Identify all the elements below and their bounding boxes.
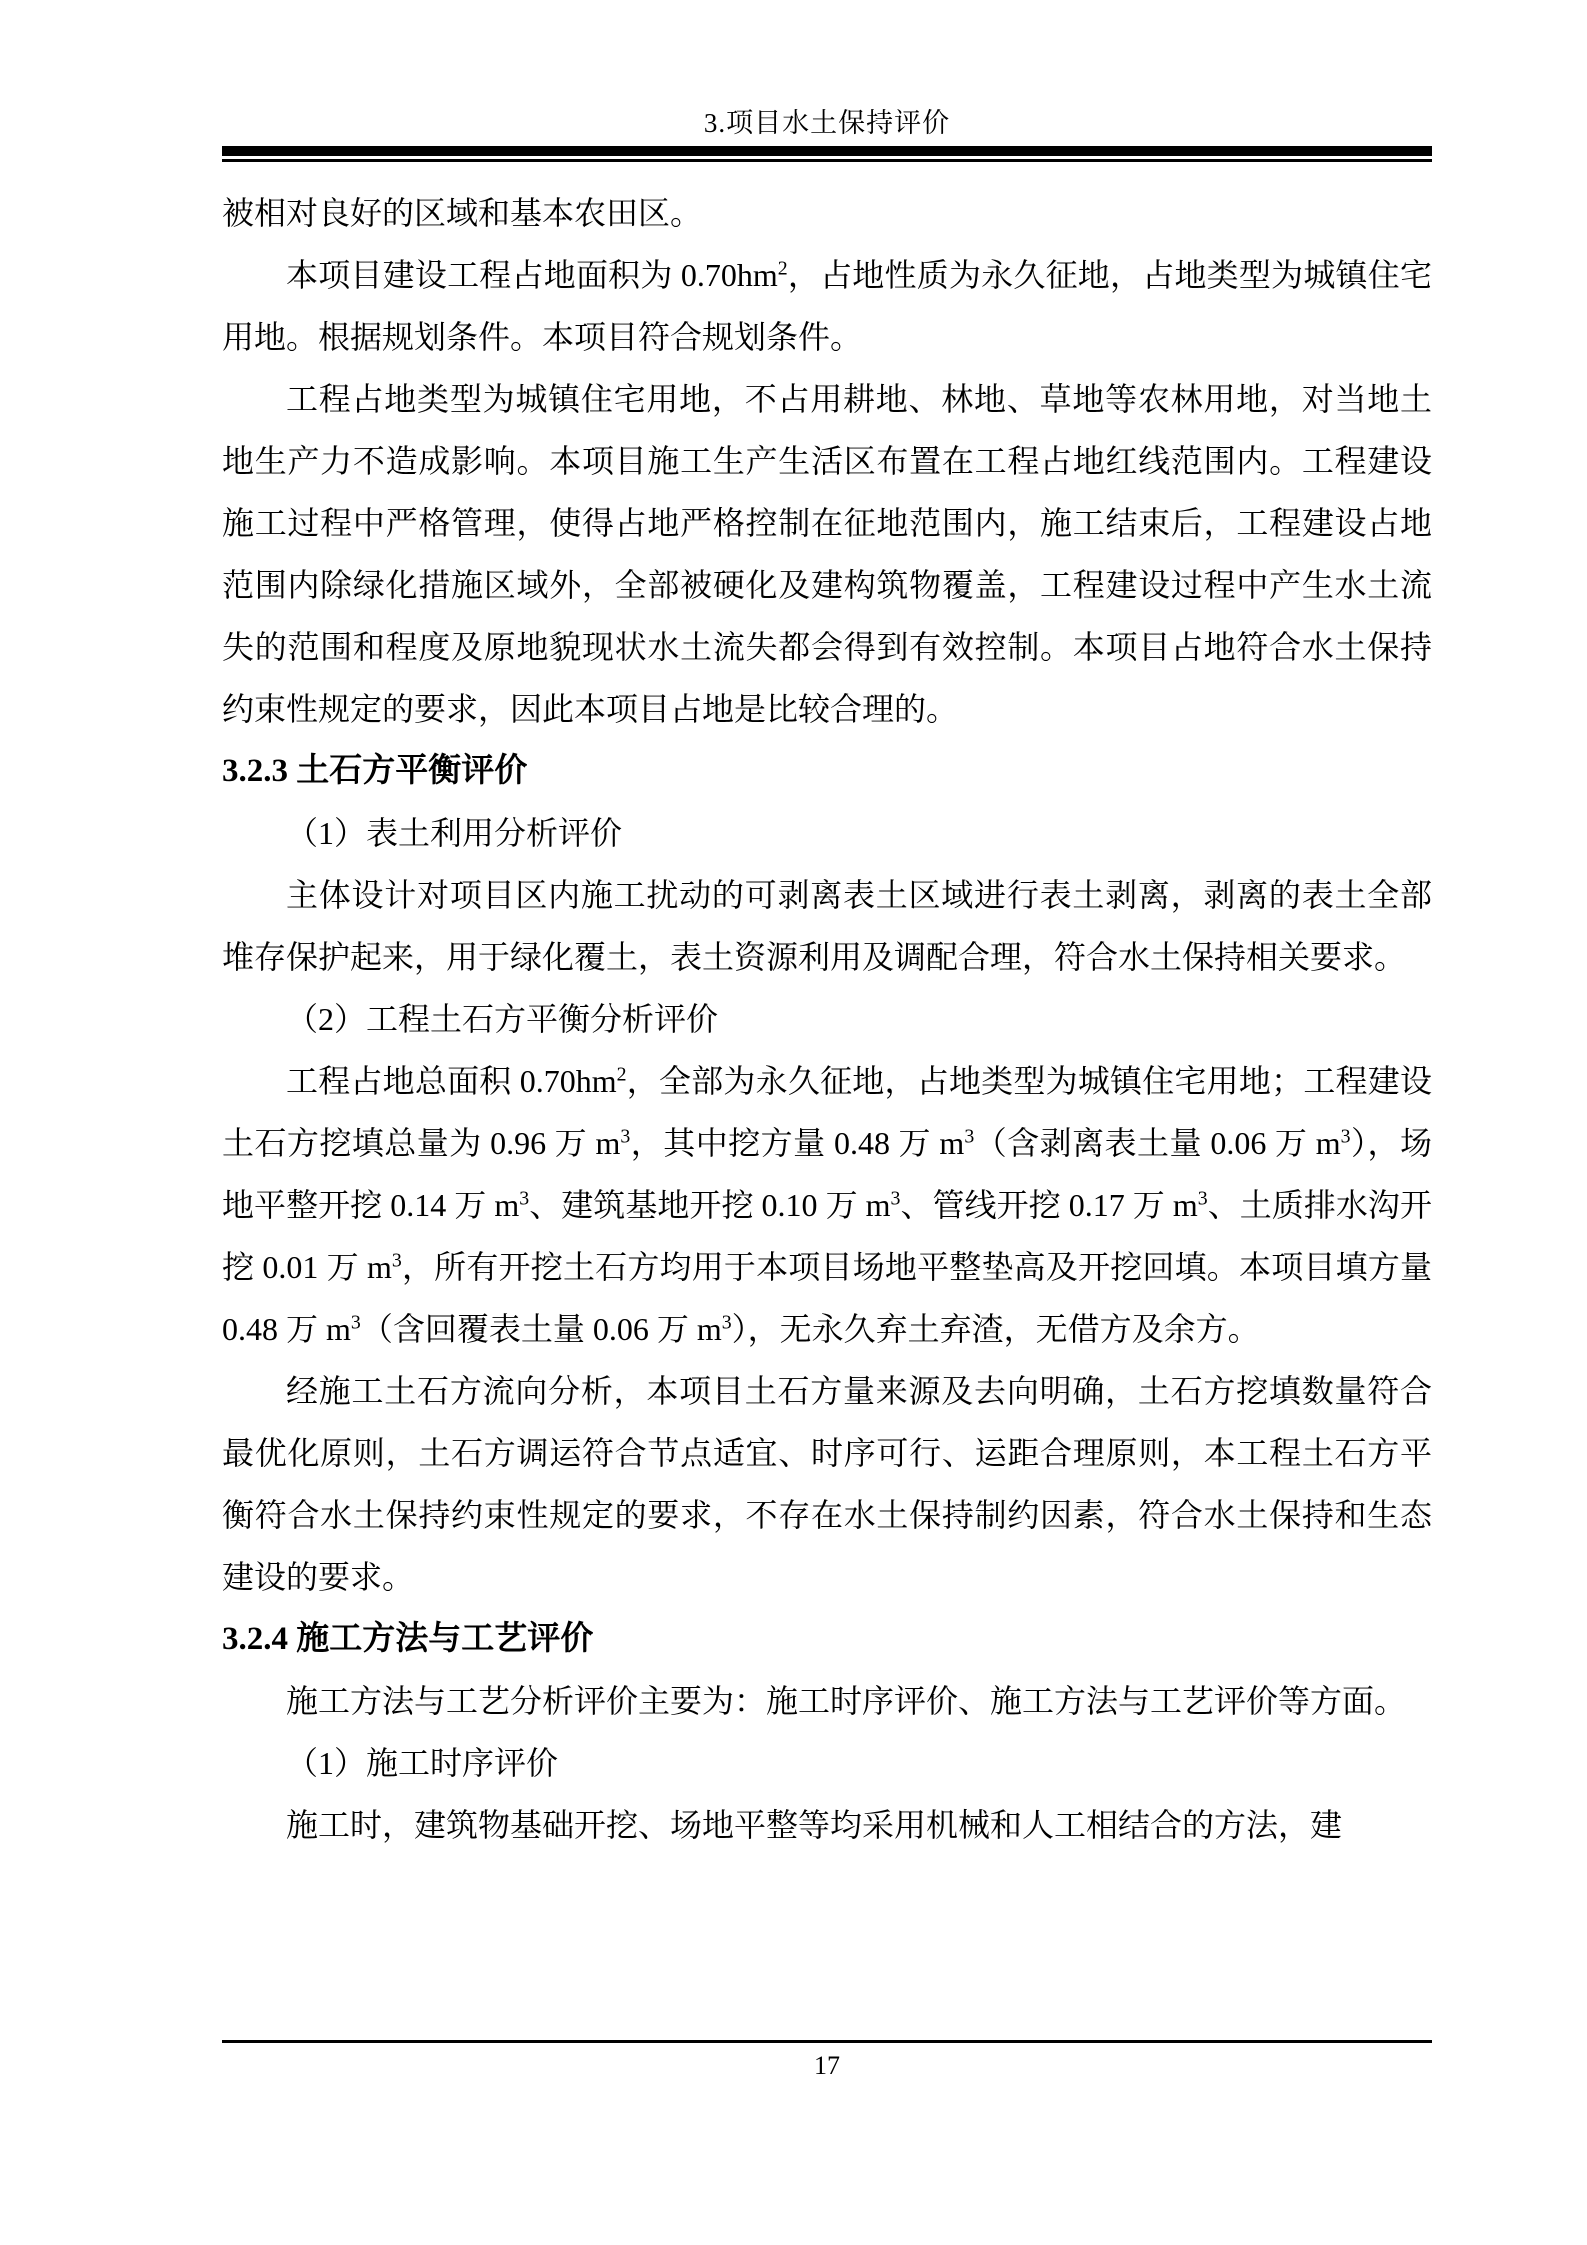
paragraph: （1）表土利用分析评价 <box>222 802 1432 864</box>
section-heading: 3.2.3 土石方平衡评价 <box>222 740 1432 802</box>
page-header: 3.项目水土保持评价 <box>222 0 1432 162</box>
superscript: 3 <box>620 1125 630 1147</box>
footer-rule <box>222 2040 1432 2043</box>
paragraph: （2）工程土石方平衡分析评价 <box>222 988 1432 1050</box>
superscript: 3 <box>519 1187 529 1209</box>
page-footer: 17 <box>222 2040 1432 2081</box>
page-number: 17 <box>222 2051 1432 2081</box>
superscript: 3 <box>722 1311 732 1333</box>
header-rule-thick <box>222 146 1432 156</box>
paragraph: 施工时，建筑物基础开挖、场地平整等均采用机械和人工相结合的方法，建 <box>222 1794 1432 1856</box>
paragraph: 工程占地类型为城镇住宅用地，不占用耕地、林地、草地等农林用地，对当地土地生产力不… <box>222 368 1432 740</box>
document-body: 被相对良好的区域和基本农田区。本项目建设工程占地面积为 0.70hm2，占地性质… <box>222 182 1432 2038</box>
paragraph: 工程占地总面积 0.70hm2，全部为永久征地，占地类型为城镇住宅用地；工程建设… <box>222 1050 1432 1360</box>
superscript: 3 <box>392 1249 402 1271</box>
header-rule-thin <box>222 159 1432 162</box>
paragraph: 经施工土石方流向分析，本项目土石方量来源及去向明确，土石方挖填数量符合最优化原则… <box>222 1360 1432 1608</box>
paragraph: 本项目建设工程占地面积为 0.70hm2，占地性质为永久征地，占地类型为城镇住宅… <box>222 244 1432 368</box>
superscript: 2 <box>617 1063 627 1085</box>
section-heading: 3.2.4 施工方法与工艺评价 <box>222 1608 1432 1670</box>
superscript: 3 <box>1341 1125 1351 1147</box>
superscript: 3 <box>1198 1187 1208 1209</box>
paragraph: （1）施工时序评价 <box>222 1732 1432 1794</box>
superscript: 3 <box>351 1311 361 1333</box>
paragraph: 被相对良好的区域和基本农田区。 <box>222 182 1432 244</box>
superscript: 3 <box>891 1187 901 1209</box>
superscript: 2 <box>778 257 788 279</box>
document-page: 3.项目水土保持评价 被相对良好的区域和基本农田区。本项目建设工程占地面积为 0… <box>0 0 1587 2245</box>
paragraph: 施工方法与工艺分析评价主要为：施工时序评价、施工方法与工艺评价等方面。 <box>222 1670 1432 1732</box>
paragraph: 主体设计对项目区内施工扰动的可剥离表土区域进行表土剥离，剥离的表土全部堆存保护起… <box>222 864 1432 988</box>
page-header-title: 3.项目水土保持评价 <box>222 0 1432 139</box>
superscript: 3 <box>964 1125 974 1147</box>
